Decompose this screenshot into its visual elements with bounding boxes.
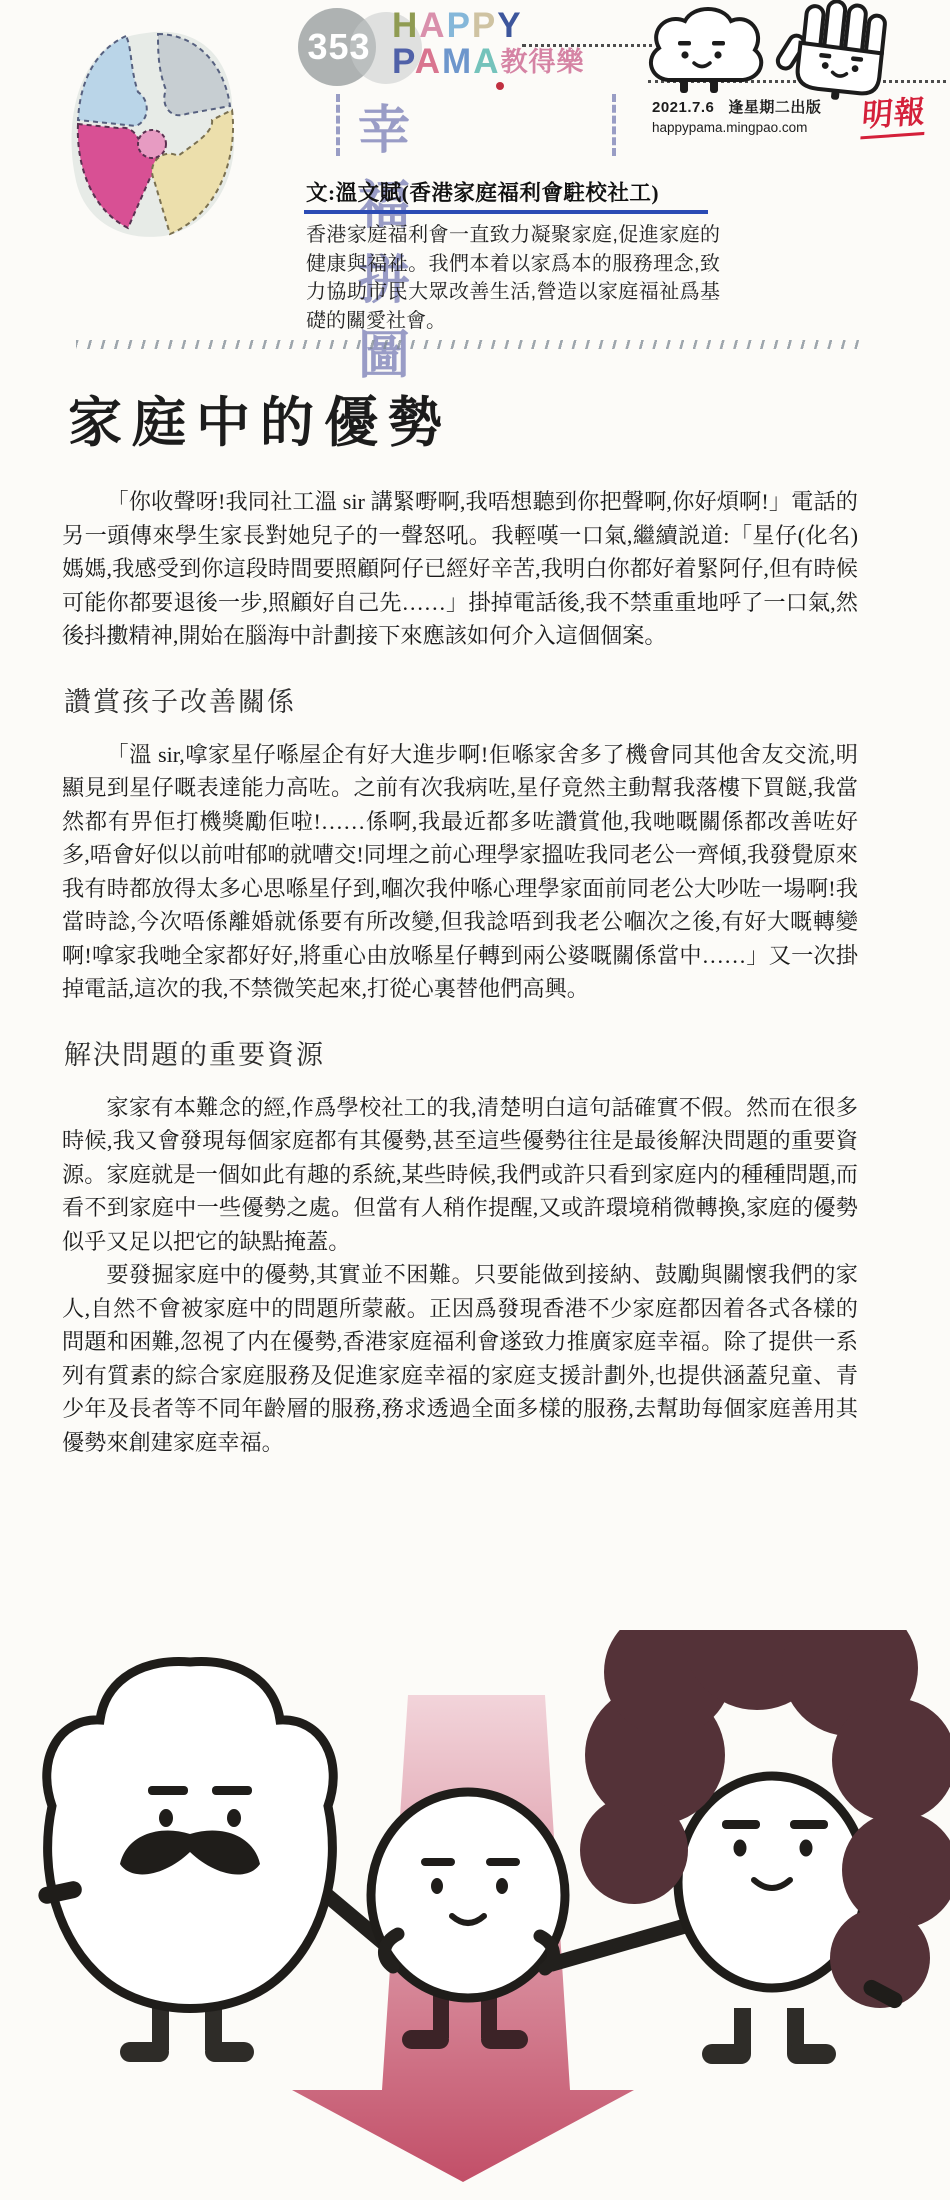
logo-line-happy: HAPPY	[392, 8, 584, 44]
issue-number: 353	[304, 26, 374, 68]
article-body: 家庭中的優勢 「你收聲呀!我同社工溫 sir 講緊嘢啊,我唔想聽到你把聲啊,你好…	[62, 380, 858, 1459]
family-illustration	[0, 1630, 950, 2200]
logo-letter: Y	[497, 6, 522, 45]
article-paragraph: 要發掘家庭中的優勢,其實並不困難。只要能做到接納、鼓勵與關懷我們的家人,自然不會…	[62, 1258, 858, 1459]
logo-letter: M	[442, 42, 473, 81]
byline: 文:溫文賦(香港家庭福利會駐校社工)	[306, 176, 718, 207]
byline-underline	[304, 210, 708, 214]
mother-figure	[552, 1630, 950, 2064]
logo-letter: P	[447, 6, 472, 45]
logo-letter: H	[392, 6, 419, 45]
stitch-bar-right	[612, 94, 616, 156]
logo-letter: A	[419, 6, 446, 45]
website-url: happypama.mingpao.com	[652, 120, 821, 135]
publication-date: 2021.7.6	[652, 99, 714, 116]
column-intro: 香港家庭福利會一直致力凝聚家庭,促進家庭的健康與福祉。我們本着以家爲本的服務理念…	[306, 221, 720, 335]
cloud-mascot-icon	[651, 9, 761, 93]
article-paragraph: 家家有本難念的經,作爲學校社工的我,清楚明白這句話確實不假。然而在很多時候,我又…	[62, 1091, 858, 1259]
father-figure	[37, 1661, 392, 2062]
logo-line-pama: PAMA教得樂	[392, 44, 584, 80]
hand-mascot-icon	[772, 0, 887, 100]
puzzle-illustration-svg	[66, 28, 242, 242]
stitch-bar-left	[336, 94, 340, 156]
publication-schedule: 逢星期二出版	[728, 99, 821, 116]
logo-letter: P	[392, 42, 415, 81]
logo-suffix: 教得樂	[500, 47, 584, 77]
mingpao-logo: 明報	[860, 86, 927, 140]
mascot-characters	[640, 0, 950, 100]
logo-letter: A	[473, 42, 500, 81]
red-dot-accent	[496, 82, 504, 90]
logo-letter: P	[472, 6, 497, 45]
logo-letter: A	[415, 42, 442, 81]
section-heading-1: 讚賞孩子改善關係	[64, 680, 858, 719]
newspaper-page: 353 HAPPY PAMA教得樂	[0, 0, 950, 2200]
section-heading-2: 解決問題的重要資源	[64, 1033, 858, 1072]
puzzle-artwork	[66, 28, 242, 242]
article-paragraph: 「你收聲呀!我同社工溫 sir 講緊嘢啊,我唔想聽到你把聲啊,你好煩啊!」電話的…	[62, 485, 858, 653]
publication-info: 2021.7.6逢星期二出版 happypama.mingpao.com	[652, 96, 821, 135]
article-headline: 家庭中的優勢	[68, 380, 858, 457]
stitch-separator	[76, 340, 862, 349]
article-paragraph: 「溫 sir,嗱家星仔喺屋企有好大進步啊!佢喺家舍多了機會同其他舍友交流,明顯見…	[62, 738, 858, 1006]
